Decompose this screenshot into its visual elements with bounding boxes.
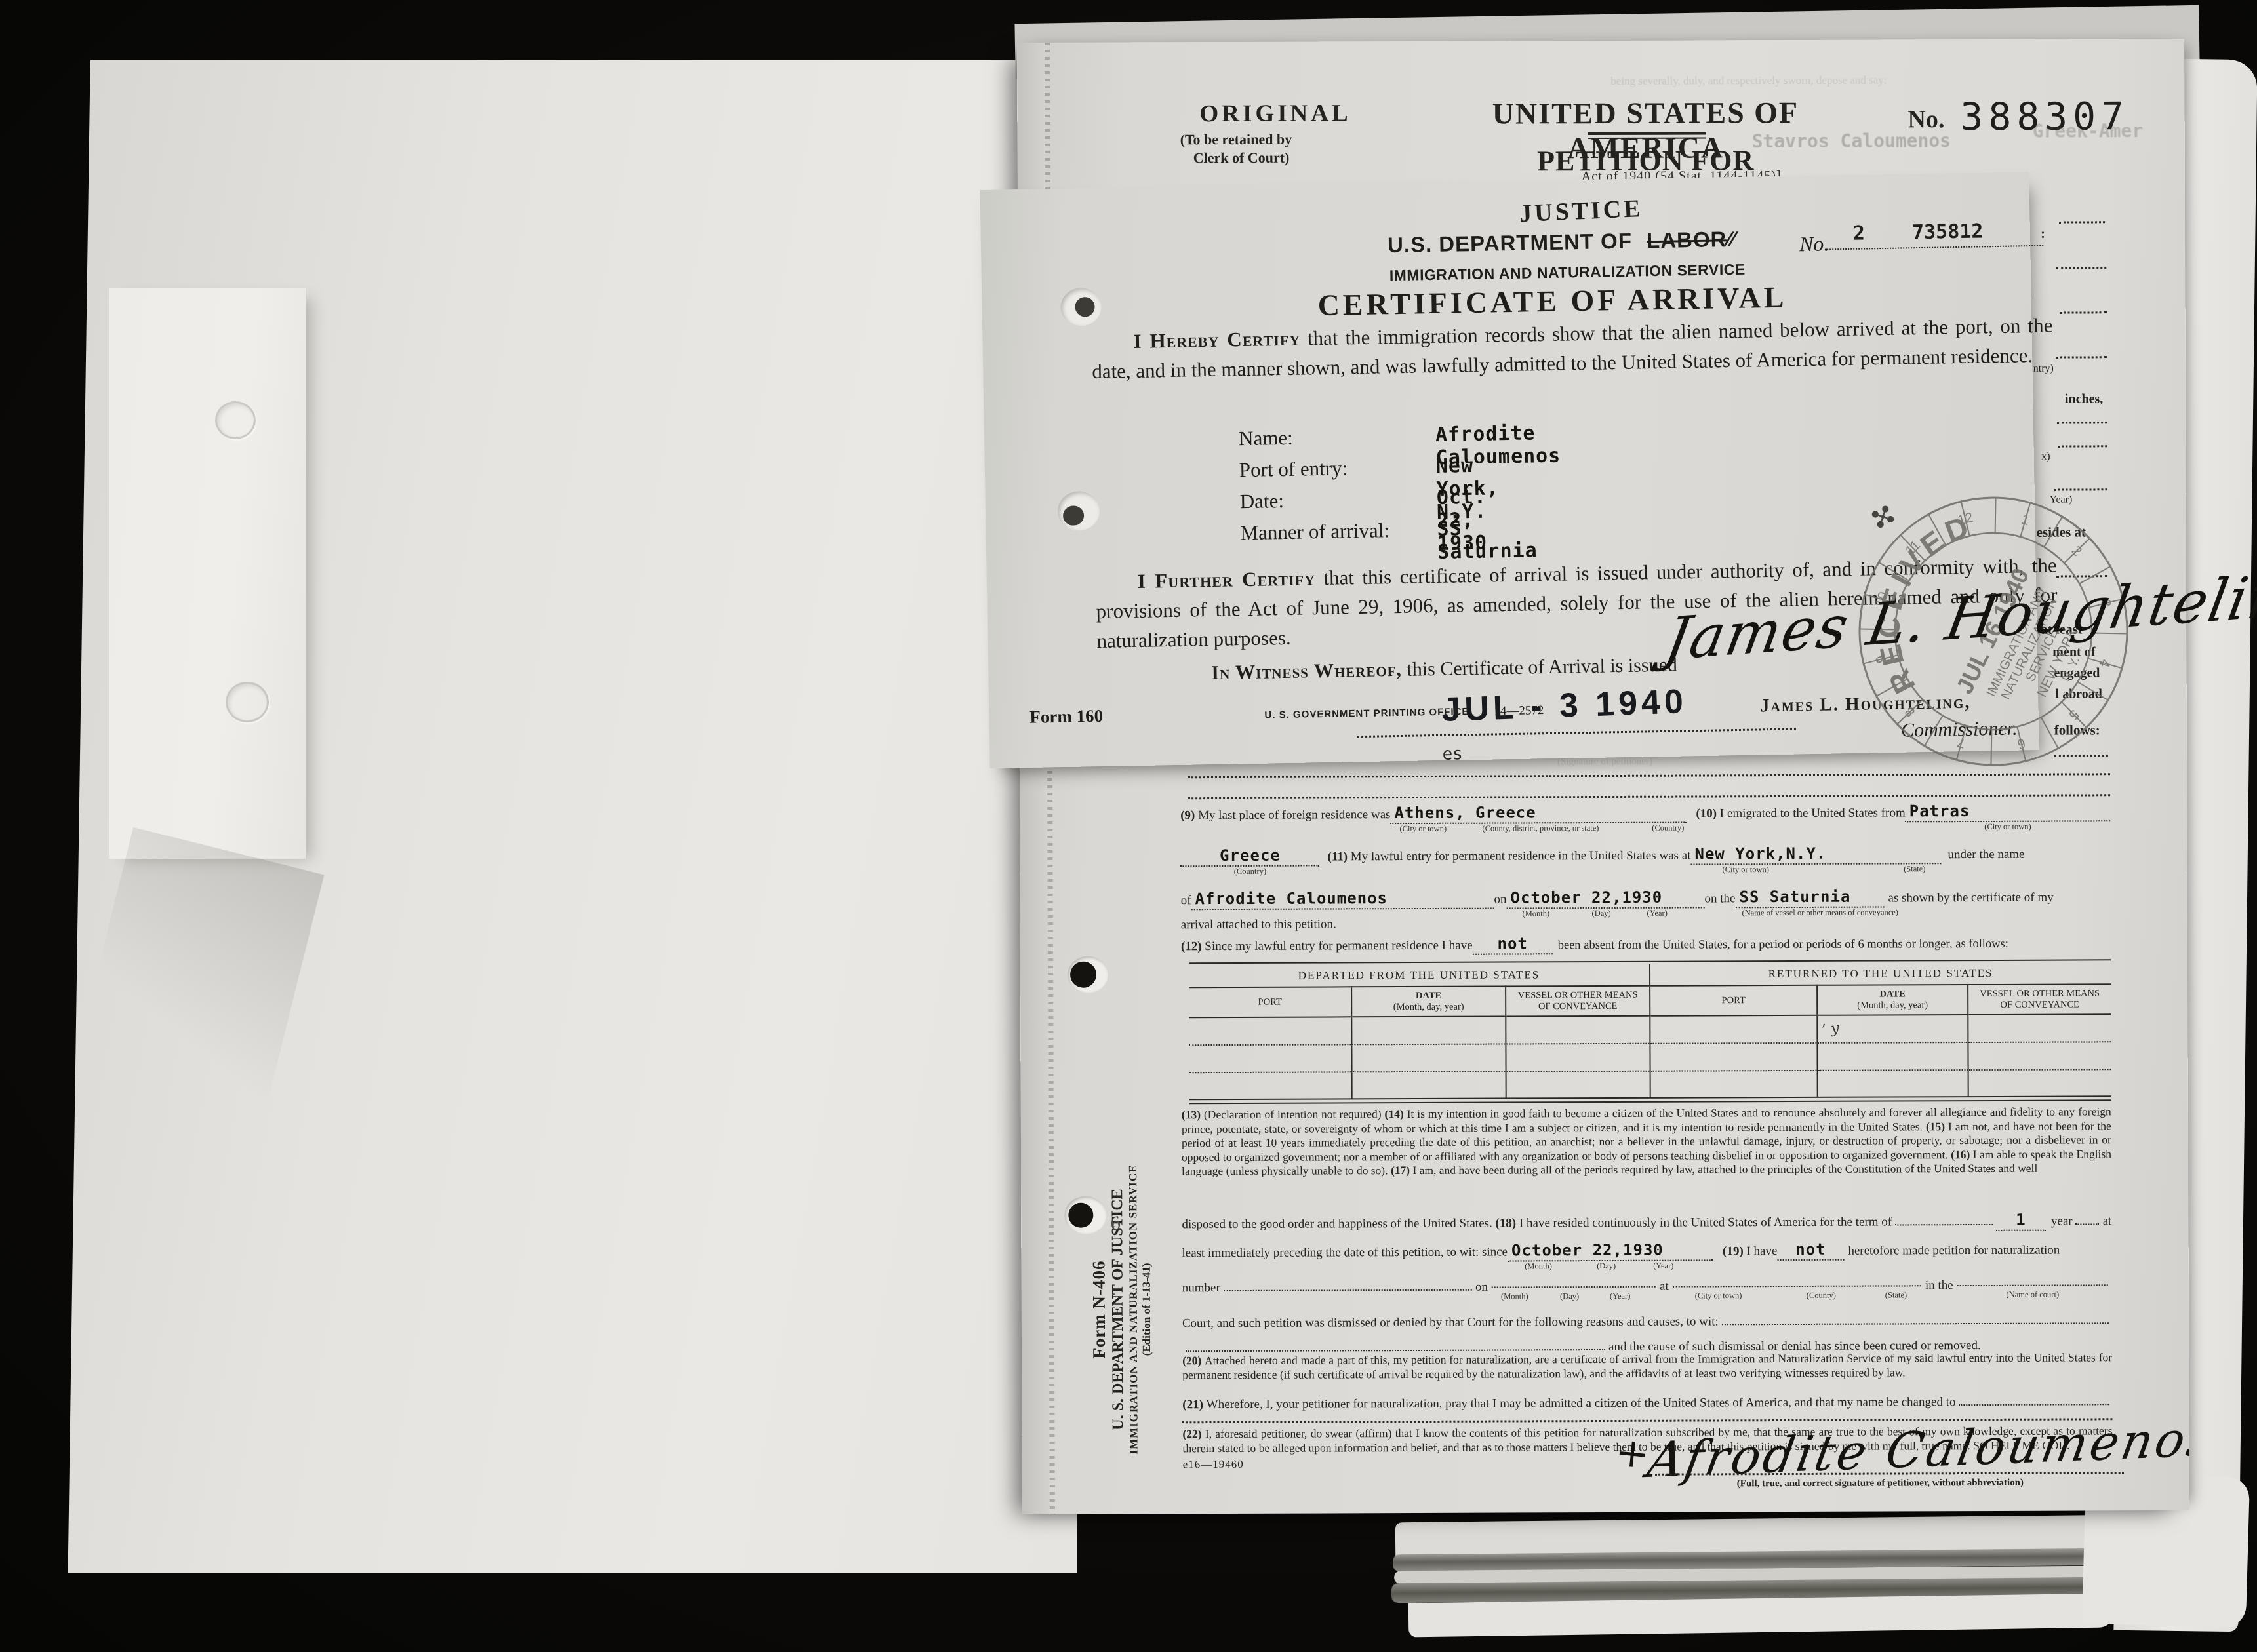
edge-fragment: :	[2041, 227, 2045, 242]
heretofore-value: not	[1795, 1240, 1826, 1259]
petition-date-blank: (Month) (Day) (Year)	[1488, 1286, 1660, 1291]
row-12-tail: been absent from the United States, for …	[1558, 937, 2008, 953]
sublabel-day: (Day)	[1560, 1291, 1579, 1301]
witness-line: In Witness Whereof, this Certificate of …	[1211, 654, 1677, 684]
ghost-text-right: Greek-Amer	[2033, 120, 2144, 142]
row-entry-name: of Afrodite Caloumenos on October 22,193…	[1181, 888, 2111, 910]
edge-dash	[2056, 267, 2106, 269]
certificate-fields: Name:Afrodite Caloumenos Port of entry:N…	[1239, 424, 1390, 553]
inset-paper-card	[109, 288, 306, 859]
number-at: at	[1660, 1280, 1669, 1294]
cell	[1650, 1071, 1818, 1098]
field-label: Date:	[1239, 489, 1284, 513]
row-of-tail: as shown by the certificate of my	[1888, 891, 2053, 906]
row-18-year: year	[2051, 1215, 2073, 1229]
col-vessel: VESSEL OR OTHER MEANSOF CONVEYANCE	[1506, 986, 1650, 1017]
paper-fold-shadow	[67, 827, 325, 1142]
punch-hole-dark	[1063, 505, 1085, 526]
further-certify-lead: I Further Certify	[1138, 566, 1316, 593]
handwritten-mark: ’ y	[1821, 1020, 1841, 1039]
row-18-lead: disposed to the good order and happiness…	[1182, 1215, 1892, 1232]
field-row: Port of entry:New York, N.Y.	[1239, 456, 1389, 490]
punch-hole	[1064, 1196, 1106, 1234]
sidebar-department: U. S. DEPARTMENT OF JUSTICE	[1109, 1152, 1128, 1467]
number-lead: number	[1182, 1281, 1220, 1295]
punch-hole-dark	[1068, 1203, 1093, 1228]
absent-value: not	[1497, 934, 1527, 953]
ghost-text-sworn: being severally, duly, and respectively …	[1610, 73, 1887, 87]
edge-dash	[2060, 311, 2107, 313]
certify-lead: I Hereby Certify	[1133, 327, 1300, 353]
cell	[1968, 1014, 2111, 1042]
residence-entry: Athens, Greece (City or town) (County, d…	[1390, 805, 1687, 825]
cell	[1968, 1069, 2111, 1097]
row-12: (12) Since my lawful entry for permanent…	[1181, 934, 2111, 956]
sublabel-month: (Month)	[1523, 909, 1550, 918]
sublabel-year: (Year)	[1610, 1291, 1630, 1301]
dotted-rule	[1188, 794, 2110, 799]
since-date-value: October 22,1930	[1511, 1241, 1664, 1260]
petitioner-signature: Afrodite Caloumenos	[1643, 1410, 2189, 1489]
ghost-text-name: Stavros Caloumenos	[1752, 130, 1951, 152]
signature-label: (Full, true, and correct signature of pe…	[1737, 1478, 2024, 1490]
edge-dash	[2057, 422, 2107, 423]
punch-hole	[1057, 491, 1100, 531]
cell	[1351, 1044, 1506, 1072]
vessel-entry: SS Saturnia (Name of vessel or other mea…	[1735, 890, 1884, 909]
row-19-lead: least immediately preceding the date of …	[1182, 1246, 1508, 1261]
field-row: Date:Oct. 22, 1930	[1239, 487, 1389, 521]
row-9-lead: (9) My last place of foreign residence w…	[1180, 808, 1390, 823]
field-label: Manner of arrival:	[1240, 519, 1389, 544]
table-bottom-rule-2	[1189, 1099, 2111, 1104]
field-row: Manner of arrival:SS Saturnia	[1240, 519, 1389, 553]
heading-rule	[1588, 132, 1706, 135]
country-value: Greece	[1220, 846, 1281, 865]
edge-dash	[2059, 221, 2105, 223]
row-19-mid: (19) I have	[1723, 1244, 1777, 1259]
absent-entry: not	[1473, 936, 1553, 954]
departed-group-header: DEPARTED FROM THE UNITED STATES	[1189, 964, 1650, 987]
cell	[1650, 1015, 1817, 1044]
row-9: (9) My last place of foreign residence w…	[1180, 803, 2110, 825]
paragraph-13-17: (13) (Declaration of intention not requi…	[1182, 1105, 2111, 1178]
row-19: least immediately preceding the date of …	[1182, 1241, 2111, 1263]
sublabel-city: (City or town)	[1695, 1291, 1742, 1301]
certificate-no-label: No.	[1799, 231, 1829, 256]
paragraph-21: (21) Wherefore, I, your petitioner for n…	[1182, 1394, 2112, 1412]
strike-marks: ∕∕	[1727, 227, 1736, 251]
edge-fragment: inches,	[2065, 391, 2103, 406]
issue-date-stamp: JUL - 3 1940	[1441, 682, 1687, 730]
row-10-lead: (10) I emigrated to the United States fr…	[1696, 806, 1905, 821]
dotted-leader	[1673, 1285, 1921, 1287]
term-entry: 1	[1996, 1213, 2046, 1231]
photographed-document-scene: 388301 - 388350 ORIGINAL (To be retained…	[0, 0, 2257, 1652]
department-struck-labor: LABOR	[1647, 227, 1727, 252]
sublabel-month: (Month)	[1525, 1261, 1552, 1271]
embossed-hole-mark	[226, 682, 269, 722]
emigrated-value: Patras	[1909, 802, 1970, 820]
court-lead: Court, and such petition was dismissed o…	[1182, 1314, 1719, 1331]
country-entry: Greece (Country)	[1180, 848, 1319, 867]
since-date-entry: October 22,1930 (Month) (Day) (Year)	[1508, 1242, 1712, 1261]
col-port: PORT	[1650, 985, 1817, 1016]
cell	[1506, 1044, 1650, 1072]
field-value: SS Saturnia	[1437, 516, 1538, 564]
edge-dash	[2056, 356, 2107, 358]
table-group-header: DEPARTED FROM THE UNITED STATES RETURNED…	[1189, 962, 2111, 987]
sidebar-form-imprint: Form N-406 U. S. DEPARTMENT OF JUSTICE I…	[1089, 1152, 1175, 1466]
sublabel-day: (Day)	[1597, 1261, 1616, 1271]
col-vessel: VESSEL OR OTHER MEANSOF CONVEYANCE	[1968, 984, 2111, 1015]
cell	[1818, 1070, 1968, 1097]
dotted-leader	[1492, 1286, 1656, 1288]
row-of-lead: of	[1181, 894, 1191, 908]
cell	[1189, 1017, 1351, 1045]
emigrated-entry: Patras (City or town)	[1906, 803, 2111, 822]
sublabel-state: (State)	[1885, 1290, 1907, 1300]
witness-lead: In Witness Whereof,	[1211, 659, 1402, 684]
field-label: Name:	[1239, 426, 1293, 450]
dotted-leader	[1959, 1404, 2109, 1406]
row-18: disposed to the good order and happiness…	[1182, 1212, 2111, 1234]
cell	[1506, 1016, 1650, 1044]
row-of-mid2: on the	[1704, 892, 1735, 906]
print-code: e16—19460	[1183, 1458, 1244, 1471]
col-date: DATE(Month, day, year)	[1817, 985, 1968, 1015]
dotted-leader	[1722, 1322, 2109, 1325]
punch-hole	[1068, 956, 1108, 993]
petition-place-blank: (City or town) (County) (State)	[1669, 1285, 1925, 1289]
vessel-value: SS Saturnia	[1739, 888, 1850, 907]
sublabel-year: (Year)	[1653, 1261, 1673, 1271]
cell	[1189, 1072, 1352, 1099]
cell	[1352, 1072, 1506, 1099]
row-entry-name-cont: arrival attached to this petition.	[1181, 917, 1336, 932]
gpo-code: 14—2572	[1494, 703, 1544, 718]
cell	[1968, 1042, 2111, 1070]
cell	[1650, 1043, 1817, 1071]
edge-fragment: x)	[2041, 451, 2050, 463]
sublabel-city: (City or town)	[1400, 824, 1447, 834]
number-on: on	[1475, 1280, 1488, 1295]
gpo-imprint: U. S. GOVERNMENT PRINTING OFFICE	[1264, 706, 1469, 720]
punch-hole	[1060, 288, 1102, 326]
witness-rest: this Certificate of Arrival is issued	[1402, 654, 1677, 680]
punch-hole-dark	[1070, 962, 1096, 988]
sublabel-vessel: (Name of vessel or other means of convey…	[1742, 907, 1898, 918]
justice-overstamp: JUSTICE	[1519, 194, 1643, 228]
sidebar-service: IMMIGRATION AND NATURALIZATION SERVICE	[1127, 1152, 1141, 1466]
sublabel-state: (State)	[1904, 864, 1925, 874]
certificate-no-line	[1827, 245, 2043, 250]
table-column-header: PORT DATE(Month, day, year) VESSEL OR OT…	[1189, 984, 2111, 1017]
name-value: Afrodite Caloumenos	[1195, 889, 1388, 908]
entry-city-value: New York,N.Y.	[1694, 844, 1826, 863]
left-blank-page	[58, 60, 1077, 1573]
svg-text:6: 6	[2016, 736, 2027, 752]
issue-date-line	[1357, 728, 1796, 737]
term-value: 1	[2016, 1211, 2026, 1229]
row-11-tail: under the name	[1947, 848, 2024, 862]
returned-group-header: RETURNED TO THE UNITED STATES	[1650, 962, 2111, 985]
original-label: ORIGINAL	[1199, 99, 1351, 128]
sublabel-day: (Day)	[1592, 909, 1611, 918]
cell	[1189, 1044, 1351, 1072]
table-row	[1189, 1042, 2111, 1072]
field-row: Name:Afrodite Caloumenos	[1239, 424, 1388, 458]
number-in-the: in the	[1925, 1278, 1953, 1293]
row-18-at: at	[2103, 1214, 2112, 1229]
dotted-leader	[1895, 1224, 1993, 1226]
punch-hole-dark	[1075, 297, 1095, 317]
col-date: DATE(Month, day, year)	[1351, 987, 1506, 1017]
embossed-hole-mark	[215, 401, 256, 439]
original-subtitle-1: (To be retained by	[1180, 131, 1292, 149]
date-value: October 22,1930	[1510, 888, 1662, 907]
row-number: number on (Month) (Day) (Year) at (City …	[1182, 1278, 2112, 1295]
svg-text:7: 7	[1956, 734, 1968, 751]
edge-dash	[2058, 445, 2107, 447]
table-row	[1189, 1069, 2111, 1099]
certificate-no-value: 2 735812	[1852, 220, 1983, 245]
sublabel-county: (County)	[1807, 1291, 1836, 1301]
dotted-leader	[1957, 1284, 2108, 1286]
sublabel-city: (City or town)	[1984, 822, 2031, 832]
sidebar-edition: (Edition of 1-13-41)	[1140, 1152, 1154, 1466]
department-line: U.S. DEPARTMENT OF LABOR∕∕	[1388, 227, 1736, 258]
sublabel-month: (Month)	[1501, 1291, 1528, 1301]
svg-text:1: 1	[2020, 512, 2031, 528]
absence-table: DEPARTED FROM THE UNITED STATES RETURNED…	[1189, 962, 2111, 1099]
cell	[1351, 1017, 1506, 1045]
sublabel-city: (City or town)	[1722, 865, 1769, 875]
sublabel-county: (County, district, province, or state)	[1483, 823, 1599, 834]
row-of-mid: on	[1494, 893, 1506, 907]
col-port: PORT	[1189, 987, 1351, 1017]
row-19-tail: heretofore made petition for naturalizat…	[1848, 1244, 2060, 1259]
date-entry: October 22,1930 (Month) (Day) (Year)	[1506, 890, 1704, 909]
entry-city-entry: New York,N.Y. (City or town) (State)	[1690, 846, 1941, 865]
sublabel-country: (Country)	[1652, 823, 1684, 833]
field-label: Port of entry:	[1239, 456, 1348, 481]
residence-value: Athens, Greece	[1394, 803, 1536, 822]
cell	[1817, 1042, 1968, 1071]
cell-with-mark: ’ y	[1817, 1015, 1968, 1043]
dotted-leader	[1224, 1289, 1472, 1291]
table-row: ’ y	[1189, 1014, 2111, 1045]
paragraph-20: (20) Attached hereto and made a part of …	[1182, 1350, 2112, 1382]
row-11: Greece (Country) (11) My lawful entry fo…	[1180, 845, 2110, 867]
dotted-leader	[2076, 1223, 2100, 1225]
department-lead: U.S. DEPARTMENT OF	[1388, 229, 1633, 258]
cell	[1506, 1071, 1650, 1099]
sublabel-year: (Year)	[1647, 909, 1668, 918]
row-12-lead: (12) Since my lawful entry for permanent…	[1181, 939, 1473, 954]
sublabel-country: (Country)	[1234, 867, 1266, 876]
sublabel-court: (Name of court)	[2006, 1290, 2059, 1300]
row-court: Court, and such petition was dismissed o…	[1182, 1313, 2112, 1331]
row-11-lead: (11) My lawful entry for permanent resid…	[1327, 849, 1690, 865]
original-subtitle-2: Clerk of Court)	[1193, 149, 1290, 167]
paragraph-21-text: (21) Wherefore, I, your petitioner for n…	[1182, 1395, 1955, 1412]
heretofore-entry: not	[1777, 1242, 1844, 1261]
page-stack-bottom	[1389, 1508, 2248, 1652]
certificate-paragraph-1: I Hereby Certify that the immigration re…	[1091, 311, 2053, 387]
stray-characters: es	[1442, 744, 1463, 764]
court-name-blank: (Name of court)	[1953, 1284, 2112, 1289]
name-entry: Afrodite Caloumenos	[1191, 891, 1494, 911]
certificate-form-code: Form 160	[1029, 706, 1103, 728]
svg-text:4: 4	[2096, 658, 2113, 669]
